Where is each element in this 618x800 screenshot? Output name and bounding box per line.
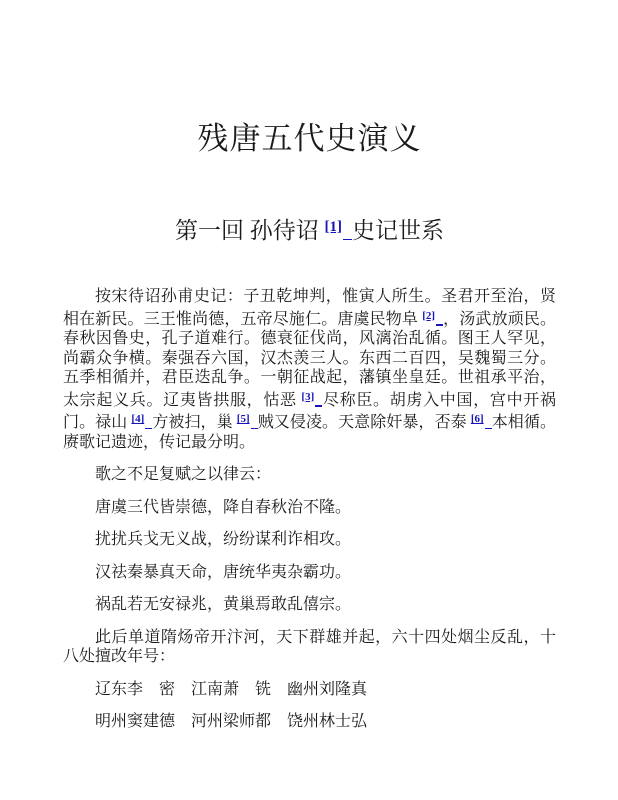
rebels-line-1: 辽东李 密 江南萧 铣 幽州刘隆真 xyxy=(63,680,556,700)
footnote-number: [6] xyxy=(471,413,484,425)
footnote-number: [2] xyxy=(422,310,435,322)
footnote-link-3[interactable]: [3] xyxy=(301,392,322,409)
text-line: 相在新民。三王惟尚德，五帝尽施仁。唐虞民物阜 [2]，汤武放顽民。 xyxy=(63,307,556,330)
footnote-underscore xyxy=(343,239,352,241)
content: 按宋待诏孙甫史记：子丑乾坤判，惟寅人所生。圣君开至治，贤相在新民。三王惟尚德，五… xyxy=(63,287,556,732)
footnote-number: [1] xyxy=(325,219,343,235)
verse-line-1: 唐虞三代皆崇德，降自春秋治不隆。 xyxy=(63,498,556,518)
text-line: 唐虞三代皆崇德，降自春秋治不隆。 xyxy=(63,498,556,518)
text-line: 扰扰兵戈无义战，纷纷谋利诈相攻。 xyxy=(63,530,556,550)
footnote-link-6[interactable]: [6] xyxy=(471,414,492,431)
text-line: 赓歌记遗迹，传记最分明。 xyxy=(63,433,556,453)
text-line: 汉祛秦暴真天命，唐统华夷杂霸功。 xyxy=(63,563,556,583)
footnote-link-5[interactable]: [5] xyxy=(237,414,258,431)
footnote-underscore xyxy=(315,405,322,407)
text-line: 明州窦建德 河州梁师都 饶州林士弘 xyxy=(63,712,556,732)
text-line: 五季相循并，君臣迭乱争。一朝征战起，藩镇坐皇廷。世祖承平治， xyxy=(63,368,556,388)
verse-line-2: 扰扰兵戈无义战，纷纷谋利诈相攻。 xyxy=(63,530,556,550)
footnote-link-2[interactable]: [2] xyxy=(422,311,443,328)
text-line: 按宋待诏孙甫史记：子丑乾坤判，惟寅人所生。圣君开至治，贤 xyxy=(63,287,556,307)
text-line: 八处擅改年号： xyxy=(63,647,556,667)
document-page: 残唐五代史演义 第一回 孙待诏 [1]史记世系 按宋待诏孙甫史记：子丑乾坤判，惟… xyxy=(63,120,556,732)
footnote-number: [4] xyxy=(131,413,144,425)
text-line: 祸乱若无安禄兆，黄巢焉敢乱僖宗。 xyxy=(63,595,556,615)
footnote-underscore xyxy=(251,428,258,430)
text-line: 春秋因鲁史，孔子道难行。德衰征伐尚，风漓治乱循。图王人罕见， xyxy=(63,329,556,349)
verse-line-4: 祸乱若无安禄兆，黄巢焉敢乱僖宗。 xyxy=(63,595,556,615)
footnote-underscore xyxy=(485,428,492,430)
text-line: 歌之不足复赋之以律云： xyxy=(63,465,556,485)
text-line: 尚霸众争横。秦强吞六国，汉杰羡三人。东西二百四，吴魏蜀三分。 xyxy=(63,349,556,369)
chapter-heading: 第一回 孙待诏 [1]史记世系 xyxy=(63,213,556,245)
footnote-link-4[interactable]: [4] xyxy=(131,414,152,431)
footnote-number: [3] xyxy=(301,391,314,403)
text-line: 太宗起义兵。辽夷皆拱服，怙恶 [3]尽称臣。胡虏入中国，宫中开祸 xyxy=(63,388,556,411)
text-line: 门。禄山 [4]方被扫，巢 [5]贼又侵凌。天意除奸暴，否泰 [6]本相循。 xyxy=(63,410,556,433)
verse-line-3: 汉祛秦暴真天命，唐统华夷杂霸功。 xyxy=(63,563,556,583)
footnote-underscore xyxy=(145,428,152,430)
book-title: 残唐五代史演义 xyxy=(63,120,556,157)
rebels-line-2: 明州窦建德 河州梁师都 饶州林士弘 xyxy=(63,712,556,732)
transition-paragraph: 此后单道隋炀帝开汴河，天下群雄并起，六十四处烟尘反乱，十八处擅改年号： xyxy=(63,628,556,667)
opening-paragraph: 按宋待诏孙甫史记：子丑乾坤判，惟寅人所生。圣君开至治，贤相在新民。三王惟尚德，五… xyxy=(63,287,556,452)
footnote-number: [5] xyxy=(237,413,250,425)
text-line: 辽东李 密 江南萧 铣 幽州刘隆真 xyxy=(63,680,556,700)
footnote-link-1[interactable]: [1] xyxy=(325,218,353,243)
footnote-underscore xyxy=(436,324,443,326)
verse-intro: 歌之不足复赋之以律云： xyxy=(63,465,556,485)
text-line: 此后单道隋炀帝开汴河，天下群雄并起，六十四处烟尘反乱，十 xyxy=(63,628,556,648)
